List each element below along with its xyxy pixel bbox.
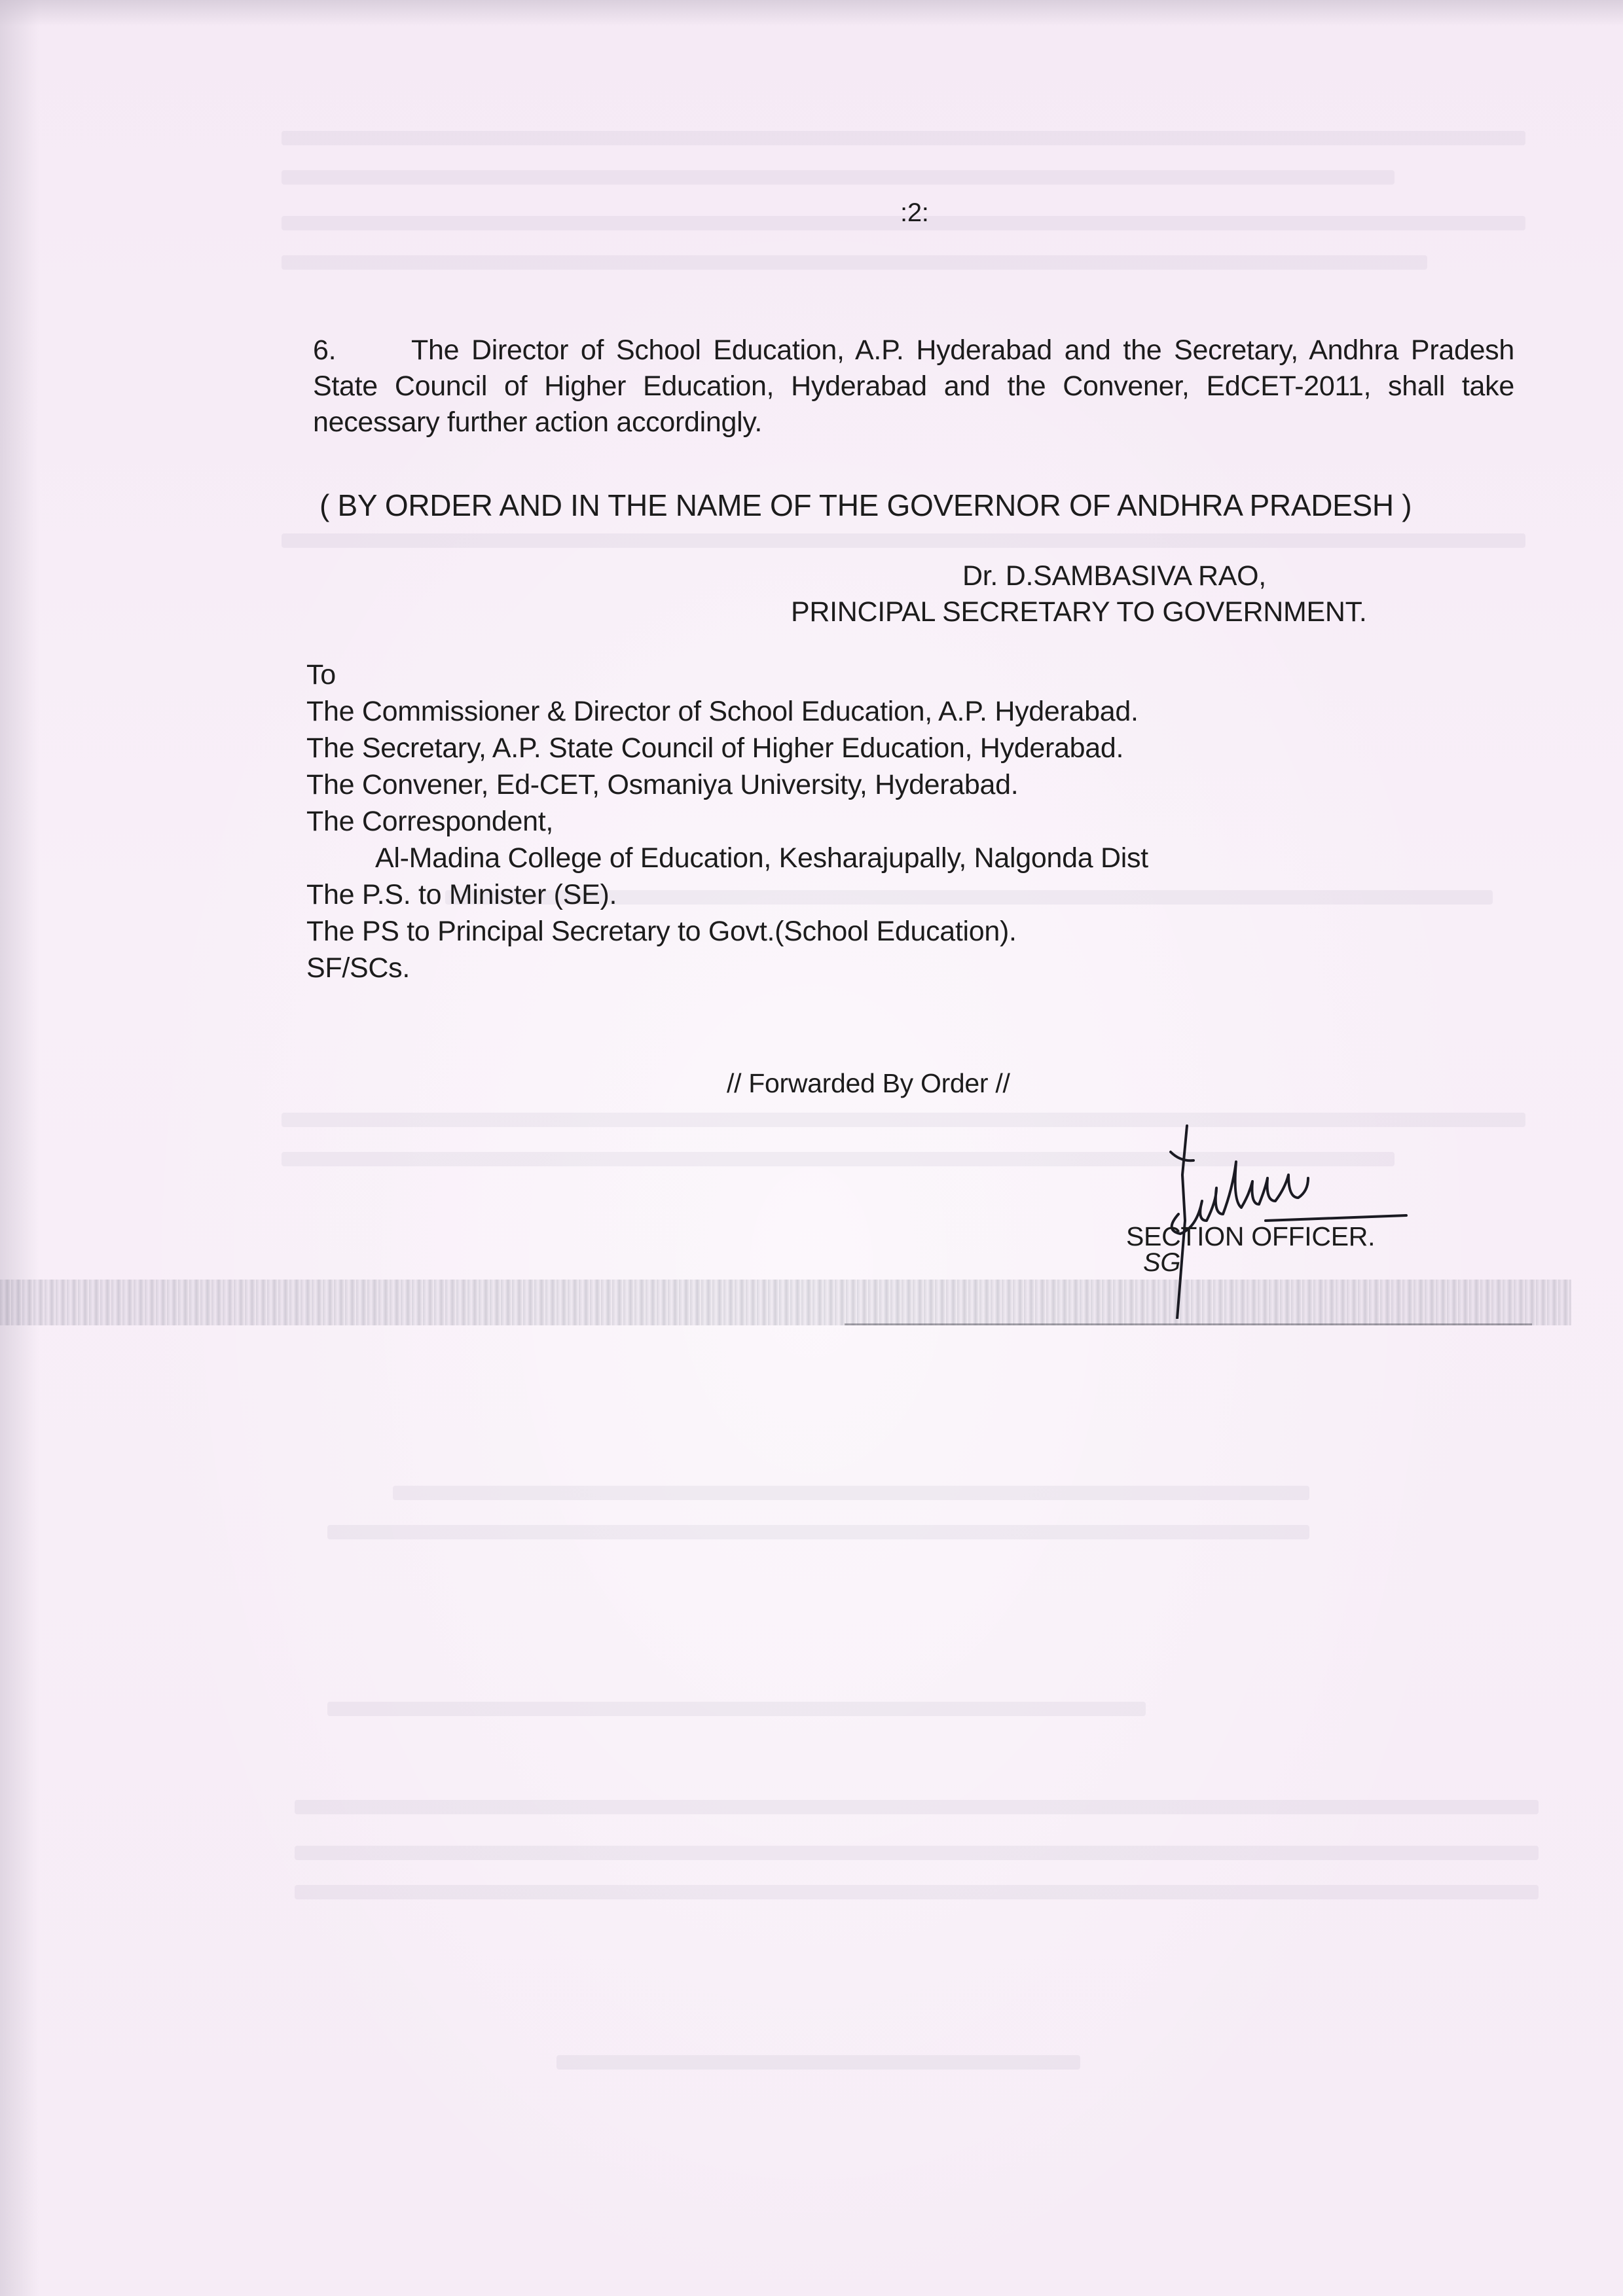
recipient: The Correspondent, bbox=[306, 803, 1148, 840]
forwarded-by-order: // Forwarded By Order // bbox=[727, 1066, 1010, 1101]
bleed-through bbox=[282, 533, 1525, 548]
recipient: The PS to Principal Secretary to Govt.(S… bbox=[306, 913, 1148, 950]
bleed-through bbox=[282, 170, 1395, 185]
bleed-through bbox=[282, 131, 1525, 145]
bleed-through bbox=[295, 1885, 1539, 1899]
recipient: Al-Madina College of Education, Kesharaj… bbox=[306, 840, 1148, 876]
bleed-through bbox=[295, 1800, 1539, 1814]
scanned-page: :2: 6.The Director of School Education, … bbox=[0, 0, 1623, 2296]
recipient: The P.S. to Minister (SE). bbox=[306, 876, 1148, 913]
signatory-title: PRINCIPAL SECRETARY TO GOVERNMENT. bbox=[791, 594, 1366, 630]
recipient: The Secretary, A.P. State Council of Hig… bbox=[306, 730, 1148, 766]
bleed-through bbox=[295, 1846, 1539, 1860]
scan-edge-left bbox=[0, 0, 39, 2296]
bleed-through bbox=[556, 2055, 1080, 2070]
to-label: To bbox=[306, 656, 1148, 693]
recipient: SF/SCs. bbox=[306, 950, 1148, 986]
bleed-through bbox=[327, 1525, 1309, 1539]
scan-artifact-line bbox=[845, 1323, 1532, 1325]
signatory-name: Dr. D.SAMBASIVA RAO, bbox=[962, 558, 1266, 594]
recipient: The Convener, Ed-CET, Osmaniya Universit… bbox=[306, 766, 1148, 803]
bleed-through bbox=[282, 255, 1427, 270]
recipients-block: To The Commissioner & Director of School… bbox=[306, 656, 1148, 986]
order-line: ( BY ORDER AND IN THE NAME OF THE GOVERN… bbox=[319, 488, 1412, 523]
section-officer-initials: SG bbox=[1143, 1245, 1180, 1280]
page-number: :2: bbox=[900, 195, 929, 230]
bleed-through bbox=[327, 1702, 1146, 1716]
scan-edge-top bbox=[0, 0, 1623, 26]
recipient: The Commissioner & Director of School Ed… bbox=[306, 693, 1148, 730]
paragraph-number: 6. bbox=[313, 332, 411, 368]
paragraph-6: 6.The Director of School Education, A.P.… bbox=[313, 332, 1514, 440]
paragraph-text: The Director of School Education, A.P. H… bbox=[313, 334, 1514, 438]
bleed-through bbox=[393, 1486, 1309, 1500]
